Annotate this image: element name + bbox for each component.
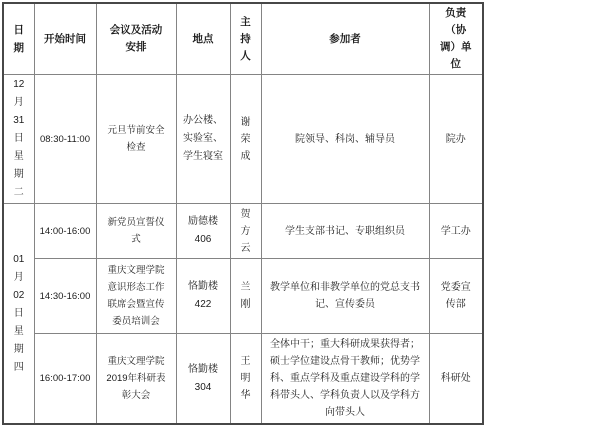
participants-cell: 教学单位和非教学单位的党总支书记、宣传委员: [261, 259, 429, 334]
start-time-cell: 14:30-16:00: [34, 259, 96, 334]
host-cell: 兰 刚: [230, 259, 261, 334]
participants-cell: 院领导、科岗、辅导员: [261, 75, 429, 204]
header-row: 日 期 开始时间 会议及活动 安排 地点 主 持 人 参加者 负责 （协 调）单…: [3, 3, 483, 75]
responsible-unit-cell: 科研处: [429, 334, 483, 425]
table-row: 12 月 31 日 星 期 二 08:30-11:00 元旦节前安全 检查 办公…: [3, 75, 483, 204]
participants-cell: 学生支部书记、专职组织员: [261, 204, 429, 259]
meeting-cell: 重庆文理学院 2019年科研表 彰大会: [96, 334, 176, 425]
document-page: 日 期 开始时间 会议及活动 安排 地点 主 持 人 参加者 负责 （协 调）单…: [0, 0, 600, 436]
host-cell: 王 明 华: [230, 334, 261, 425]
header-location: 地点: [176, 3, 230, 75]
start-time-cell: 14:00-16:00: [34, 204, 96, 259]
responsible-unit-cell: 院办: [429, 75, 483, 204]
table-row: 16:00-17:00 重庆文理学院 2019年科研表 彰大会 恪勤楼 304 …: [3, 334, 483, 425]
header-date: 日 期: [3, 3, 34, 75]
header-meeting: 会议及活动 安排: [96, 3, 176, 75]
table-row: 14:30-16:00 重庆文理学院 意识形态工作 联席会暨宣传 委员培训会 恪…: [3, 259, 483, 334]
date-cell-jan02: 01 月 02 日 星 期 四: [3, 204, 34, 425]
responsible-unit-cell: 党委宣 传部: [429, 259, 483, 334]
meeting-cell: 重庆文理学院 意识形态工作 联席会暨宣传 委员培训会: [96, 259, 176, 334]
table-row: 01 月 02 日 星 期 四 14:00-16:00 新党员宣誓仪 式 励德楼…: [3, 204, 483, 259]
start-time-cell: 08:30-11:00: [34, 75, 96, 204]
participants-cell: 全体中干；重大科研成果获得者；硕士学位建设点骨干教师；优势学科、重点学科及重点建…: [261, 334, 429, 425]
location-cell: 励德楼 406: [176, 204, 230, 259]
location-cell: 恪勤楼 304: [176, 334, 230, 425]
host-cell: 贺 方 云: [230, 204, 261, 259]
meeting-cell: 元旦节前安全 检查: [96, 75, 176, 204]
location-cell: 办公楼、 实验室、 学生寝室: [176, 75, 230, 204]
header-responsible-unit: 负责 （协 调）单 位: [429, 3, 483, 75]
date-cell-dec31: 12 月 31 日 星 期 二: [3, 75, 34, 204]
host-cell: 谢 荣 成: [230, 75, 261, 204]
start-time-cell: 16:00-17:00: [34, 334, 96, 425]
header-participants: 参加者: [261, 3, 429, 75]
meeting-cell: 新党员宣誓仪 式: [96, 204, 176, 259]
header-host: 主 持 人: [230, 3, 261, 75]
header-start-time: 开始时间: [34, 3, 96, 75]
schedule-table: 日 期 开始时间 会议及活动 安排 地点 主 持 人 参加者 负责 （协 调）单…: [2, 2, 484, 425]
location-cell: 恪勤楼 422: [176, 259, 230, 334]
responsible-unit-cell: 学工办: [429, 204, 483, 259]
